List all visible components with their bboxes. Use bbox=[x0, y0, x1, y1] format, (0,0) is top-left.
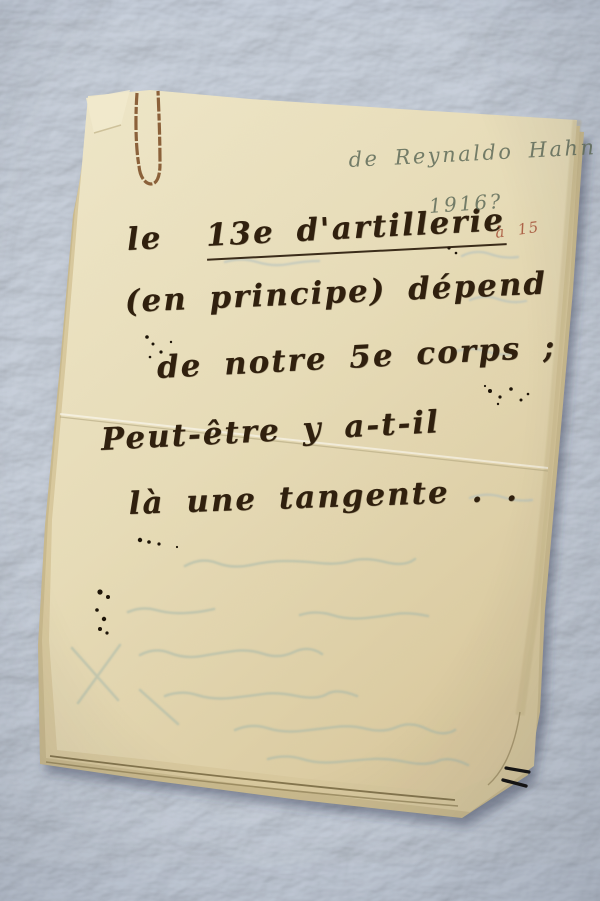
photo-scene: le 13e d'artillerie (en principe) dépend… bbox=[0, 0, 600, 901]
photo-artwork bbox=[0, 0, 600, 901]
pencil-date: 1916? bbox=[428, 189, 504, 218]
handwriting-line-1-prefix: le bbox=[126, 220, 163, 258]
